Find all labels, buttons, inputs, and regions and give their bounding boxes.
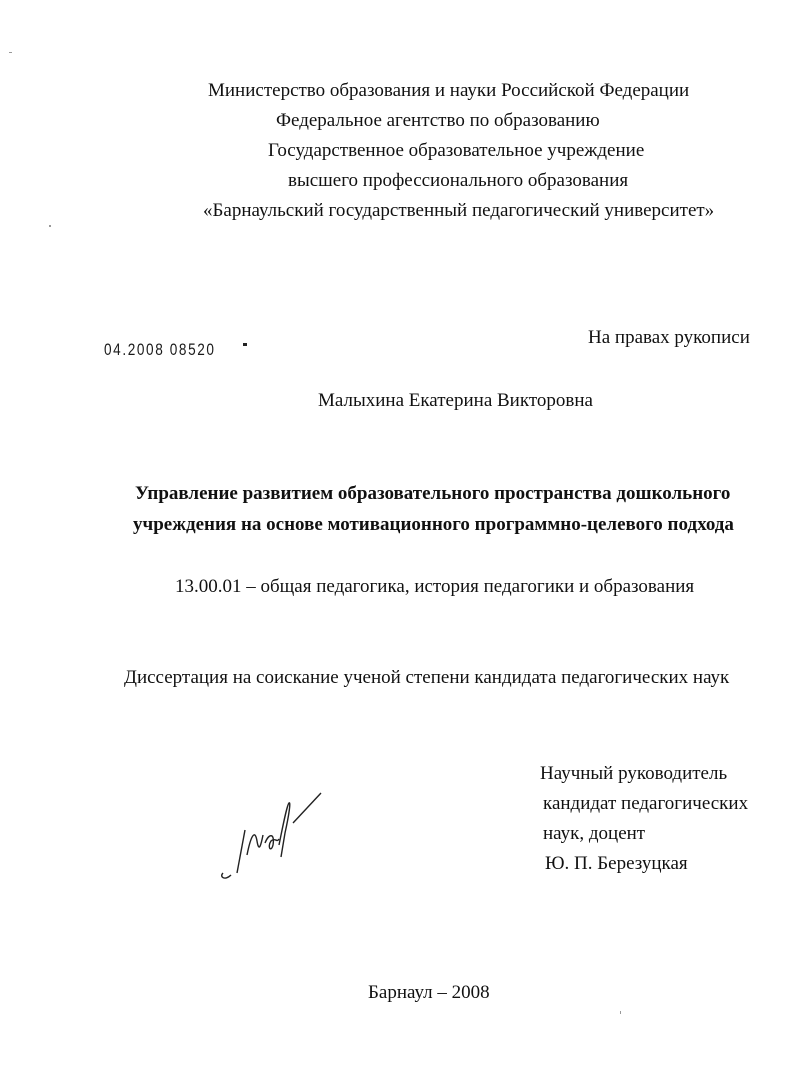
stamp-mark <box>243 343 247 346</box>
city-year: Барнаул – 2008 <box>368 982 490 1004</box>
supervisor-degree-line-2: наук, доцент <box>543 823 645 845</box>
scan-speck <box>49 225 51 227</box>
dissertation-title-line-1: Управление развитием образовательного пр… <box>135 483 730 505</box>
degree-statement: Диссертация на соискание ученой степени … <box>124 667 729 689</box>
supervisor-label: Научный руководитель <box>540 763 727 785</box>
manuscript-rights: На правах рукописи <box>588 327 750 349</box>
scan-speck <box>9 52 12 53</box>
institution-type: Государственное образовательное учрежден… <box>268 140 644 162</box>
specialty-code: 13.00.01 – общая педагогика, история пед… <box>175 576 694 598</box>
university-name: «Барнаульский государственный педагогиче… <box>203 200 714 222</box>
supervisor-name: Ю. П. Березуцкая <box>545 853 688 875</box>
registration-stamp: 04.2008 08520 <box>104 340 216 360</box>
supervisor-degree-line-1: кандидат педагогических <box>543 793 748 815</box>
signature-icon <box>215 785 325 885</box>
agency-name: Федеральное агентство по образованию <box>276 110 600 132</box>
author-name: Малыхина Екатерина Викторовна <box>318 390 593 412</box>
institution-level: высшего профессионального образования <box>288 170 628 192</box>
dissertation-title-line-2: учреждения на основе мотивационного прог… <box>133 514 734 536</box>
ministry-name: Министерство образования и науки Российс… <box>208 80 689 102</box>
scan-speck <box>620 1011 621 1014</box>
